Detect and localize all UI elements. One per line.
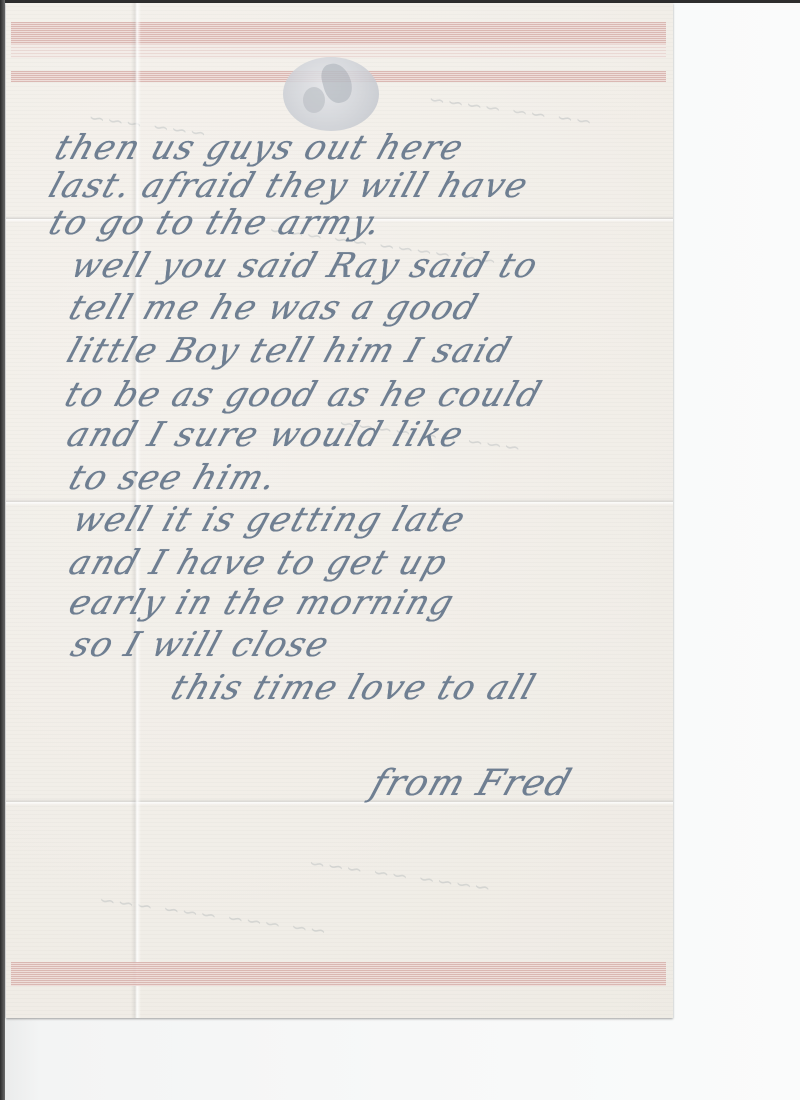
scanner-left-edge [0,0,5,1100]
bleed-through-text: ~~ ~~ ~~~~ [425,87,593,134]
letter-signature: from Fred [366,763,577,804]
letter-line: early in the morning [64,583,460,623]
letter-line: well it is getting late [68,500,471,540]
letter-line: then us guys out here [50,128,469,168]
letter-page: ~~ ~~ ~~~~ ~~~ ~~~ ~~ ~~~~ ~~ ~~~ ~~~ ~~… [6,3,673,1018]
globe-landmass [303,87,325,113]
letter-line: well you said Ray said to [66,246,544,286]
letter-line: and I have to get up [64,543,453,583]
letter-line: little Boy tell him I said [62,331,517,371]
letter-line: last. afraid they will have [44,166,534,206]
globe-icon [283,57,379,131]
bleed-through-text: ~~~~ ~~ ~~~ [305,850,492,900]
letter-line: so I will close [66,625,335,665]
letterhead-stripe-top [11,22,666,44]
letterhead-stripe-top-fade [11,44,666,58]
letter-line: and I sure would like [62,415,469,455]
letterhead-stripe-bottom [11,962,666,986]
letter-line: tell me he was a good [64,288,484,328]
letter-line: to be as good as he could [60,375,547,415]
fold-crease [6,799,673,805]
letter-closing: this time love to all [166,668,541,708]
letter-line: to go to the army. [44,203,388,243]
letter-line: to see him. [64,458,283,498]
